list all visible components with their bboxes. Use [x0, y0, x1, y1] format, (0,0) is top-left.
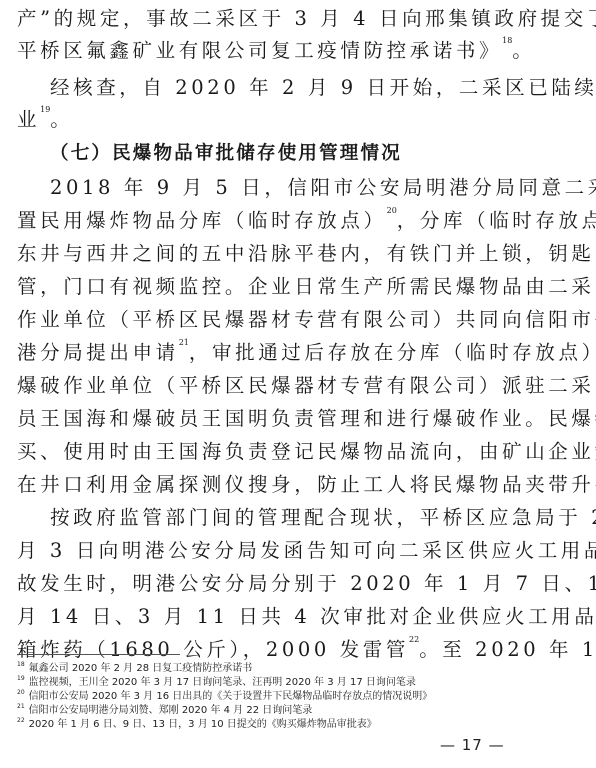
footnote-divider: [17, 654, 180, 655]
body-paragraph-start: 按政府监管部门间的管理配合现状，平桥区应急局于 2020 年 1: [50, 506, 596, 530]
footnote-ref: 21: [179, 338, 189, 347]
section-heading: （七）民爆物品审批储存使用管理情况: [50, 142, 596, 166]
footnote-number: 20: [17, 689, 25, 696]
body-line: 业19。: [17, 108, 583, 132]
footnote-number: 18: [17, 661, 25, 668]
body-line: 月 3 日向明港公安分局发函告知可向二采区供应火工用品。截止事: [17, 539, 583, 563]
footnote: 21信阳市公安局明港分局刘赞、郑刚 2020 年 4 月 22 日询问笔录: [17, 703, 312, 718]
body-line: 爆破作业单位（平桥区民爆器材专营有限公司）派驻二采区的保管: [17, 374, 583, 398]
body-line: 月 14 日、3 月 11 日共 4 次审批对企业供应火工用品，每次都是 70: [17, 605, 583, 629]
body-line: 东井与西井之间的五中沿脉平巷内，有铁门并上锁，钥匙由专人保: [17, 242, 583, 266]
footnote-number: 21: [17, 703, 25, 710]
body-paragraph-start: 2018 年 9 月 5 日，信阳市公安局明港分局同意二采区在井下设: [50, 176, 596, 200]
body-line: 置民用爆炸物品分库（临时存放点）20，分库（临时存放点）位于: [17, 209, 583, 233]
footnote: 20信阳市公安局 2020 年 3 月 16 日出具的《关于设置井下民爆物品临时…: [17, 689, 432, 704]
footnote: 18氟鑫公司 2020 年 2 月 28 日复工疫情防控承诺书: [17, 661, 252, 676]
body-line: 产”的规定，事故二采区于 3 月 4 日向邢集镇政府提交了《信阳市: [17, 7, 583, 31]
footnote-ref: 22: [409, 635, 419, 644]
page-number: — 17 —: [440, 736, 505, 754]
footnote-number: 19: [17, 675, 25, 682]
body-line: 买、使用时由王国海负责登记民爆物品流向，由矿山企业安排专人: [17, 440, 583, 464]
body-line: 平桥区氟鑫矿业有限公司复工疫情防控承诺书》18。: [17, 39, 583, 63]
footnote-ref: 20: [387, 206, 397, 215]
footnote: 222020 年 1 月 6 日、9 日、13 日，3 月 10 日提交的《购买…: [17, 717, 377, 732]
body-line: 员王国海和爆破员王国明负责管理和进行爆破作业。民爆物品购: [17, 407, 583, 431]
body-line: 管，门口有视频监控。企业日常生产所需民爆物品由二采区和爆破: [17, 275, 583, 299]
body-line: 在井口利用金属探测仪搜身，防止工人将民爆物品夹带升井。: [17, 473, 583, 497]
footnote-ref: 18: [502, 36, 512, 45]
body-line: 箱炸药（1680 公斤），2000 发雷管22。至 2020 年 1 月 18 …: [17, 638, 583, 662]
body-paragraph-start: 经核查，自 2020 年 2 月 9 日开始，二采区已陆续有人下井作: [50, 76, 596, 100]
document-page: 产”的规定，事故二采区于 3 月 4 日向邢集镇政府提交了《信阳市 平桥区氟鑫矿…: [0, 0, 596, 768]
footnote-ref: 19: [40, 105, 50, 114]
body-line: 港分局提出申请21，审批通过后存放在分库（临时存放点）内，由: [17, 341, 583, 365]
footnote-number: 22: [17, 717, 25, 724]
footnote: 19监控视频，王川全 2020 年 3 月 17 日询问笔录、汪再明 2020 …: [17, 675, 416, 690]
body-line: 作业单位（平桥区民爆器材专营有限公司）共同向信阳市公安局明: [17, 308, 583, 332]
body-line: 故发生时，明港公安分局分别于 2020 年 1 月 7 日、1 月 10 日、1: [17, 572, 583, 596]
